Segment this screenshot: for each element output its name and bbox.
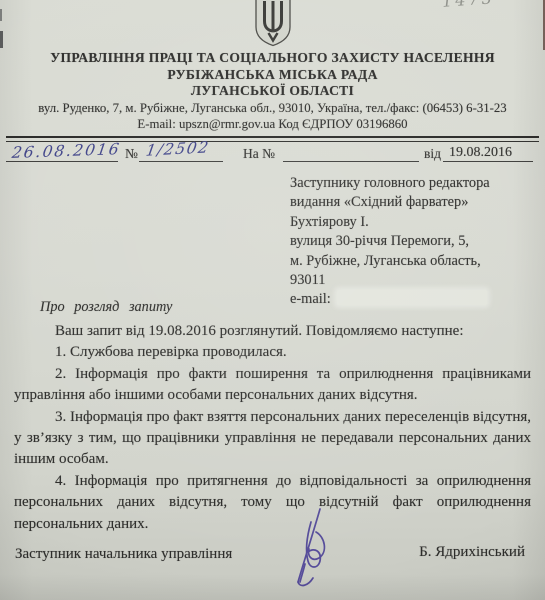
reply-date-label: від xyxy=(424,146,441,162)
org-name-line3: ЛУГАНСЬКОЇ ОБЛАСТІ xyxy=(0,83,545,99)
body-paragraph: 2. Інформація про факти поширення та опр… xyxy=(14,364,531,407)
recipient-line: видання «Східний фарватер» xyxy=(290,193,540,212)
scan-shading xyxy=(0,574,545,600)
signer-name: Б. Ядрихінський xyxy=(0,544,525,561)
recipient-line: Бухтіярову І. xyxy=(290,213,540,232)
body-paragraph: 1. Службова перевірка проводилася. xyxy=(14,342,531,363)
date-underline xyxy=(6,161,118,162)
number-underline xyxy=(139,161,223,162)
reply-date-underline xyxy=(443,161,533,162)
outgoing-date-handwritten: 26.08.2016 xyxy=(11,140,122,162)
number-label: № xyxy=(125,146,138,162)
outgoing-number-handwritten: 1/2502 xyxy=(145,138,211,160)
subject-line: Про розгляд запиту xyxy=(40,299,172,316)
recipient-line: 93011 xyxy=(290,271,540,290)
body-paragraph: 3. Інформація про факт взяття персональн… xyxy=(14,407,531,471)
org-name-line2: РУБІЖАНСЬКА МІСЬКА РАДА xyxy=(0,67,545,83)
redacted-email-box xyxy=(337,290,487,305)
recipient-line: м. Рубіжне, Луганська область, xyxy=(290,252,540,271)
recipient-block: Заступнику головного редактора видання «… xyxy=(290,174,540,310)
recipient-email-line: e-mail: xyxy=(290,290,540,309)
recipient-email-label: e-mail: xyxy=(290,291,331,307)
body-paragraph: 4. Інформація про притягнення до відпові… xyxy=(14,471,531,535)
recipient-line: Заступнику головного редактора xyxy=(290,174,540,193)
recipient-line: вулиця 30-річчя Перемоги, 5, xyxy=(290,232,540,251)
ukraine-trident-emblem xyxy=(254,0,292,47)
org-address-line: вул. Руденко, 7, м. Рубіжне, Луганська о… xyxy=(0,101,545,116)
reply-date-value: 19.08.2016 xyxy=(449,145,512,161)
letter-body: Ваш запит від 19.08.2016 розглянутий. По… xyxy=(14,321,531,535)
scan-artifact xyxy=(0,9,2,21)
reply-number-underline xyxy=(283,161,419,162)
org-name-line1: УПРАВЛІННЯ ПРАЦІ ТА СОЦІАЛЬНОГО ЗАХИСТУ … xyxy=(0,50,545,66)
body-paragraph: Ваш запит від 19.08.2016 розглянутий. По… xyxy=(14,321,531,342)
scanned-letter-page: 1473 УПРАВЛІННЯ ПРАЦІ ТА СОЦІАЛЬНОГО ЗАХ… xyxy=(0,0,545,600)
reply-number-label: На № xyxy=(243,146,275,162)
org-email-line: E-mail: upszn@rmr.gov.ua Код ЄДРПОУ 0319… xyxy=(0,117,545,132)
scan-artifact xyxy=(0,31,3,48)
corner-note-fragment: 1473 xyxy=(442,0,496,11)
